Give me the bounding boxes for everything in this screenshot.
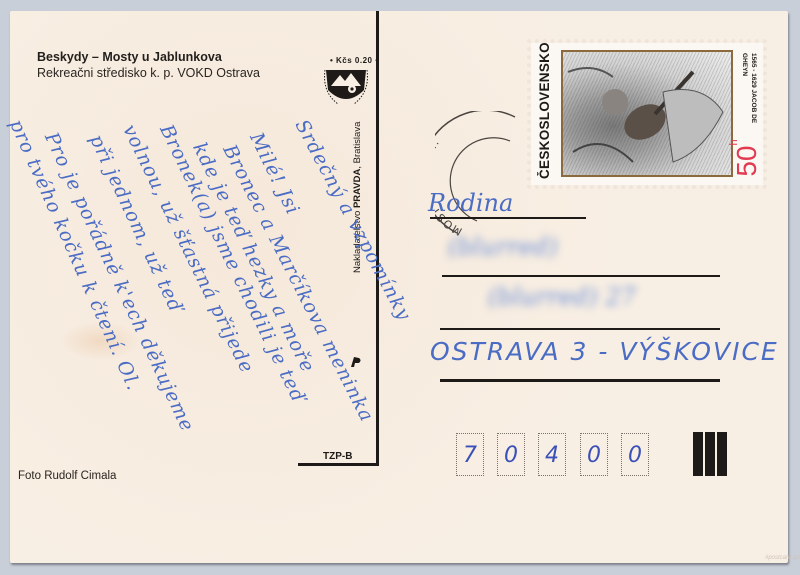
address-name-redacted: (blurred) [448,233,688,261]
watermark: #postcard.gallery [765,555,800,561]
address-city: OSTRAVA 3 - VÝŠKOVICE [430,337,779,366]
postal-code-box: 0 [580,433,608,476]
postal-code-box: 0 [497,433,525,476]
photo-credit: Foto Rudolf Cimala [18,470,116,482]
postal-code-digit: 7 [463,443,477,468]
stamp-value: 50h [724,138,770,178]
address-street-redacted: (blurred) 27 [488,283,636,311]
card-title: Beskydy – Mosty u Jablunkova [37,50,222,64]
address-line-2 [442,275,720,277]
postmark-text: MOSTY U JABL... [435,136,464,238]
divider-foot-line [298,463,379,466]
postal-code-digit: 0 [504,443,518,468]
postal-code-digit: 4 [545,443,559,468]
divider-line [376,11,379,464]
address-line-city [440,379,720,382]
stamp-artwork-lute-player [561,50,733,177]
postal-code-box: 7 [456,433,484,476]
postal-code-digit: 0 [628,443,642,468]
postal-code-box: 4 [538,433,566,476]
stamp-value-unit: h [728,139,740,145]
stamp-artist-years: 1565 - 1629 [750,53,757,88]
address-line-3 [440,328,720,330]
badge-price: • Kčs 0.20 • [330,56,379,65]
recipient-name: Rodina [428,189,513,217]
postal-code-digit: 0 [587,443,601,468]
message-line: pro tvého kočku k čtení. Ol. [5,116,145,394]
card-subtitle: Rekreačni středisko k. p. VOKD Ostrava [37,66,260,80]
postal-code-box: 0 [621,433,649,476]
stamp-value-number: 50 [731,145,762,176]
postage-stamp: ČESKOSLOVENSKO 1565 - 1629 JACOB DE GHEY… [531,43,763,185]
series-code: TZP-B [323,451,352,462]
stamp-artist: 1565 - 1629 JACOB DE GHEYN [738,53,758,133]
postmark-cancellation: MOSTY U JABL... [435,111,545,241]
address-line-1 [430,217,586,219]
svg-text:MOSTY U JABL...: MOSTY U JABL... [435,136,464,238]
publisher-suffix: , Bratislava [352,122,363,169]
postcard-back: Beskydy – Mosty u Jablunkova Rekreačni s… [10,11,788,563]
